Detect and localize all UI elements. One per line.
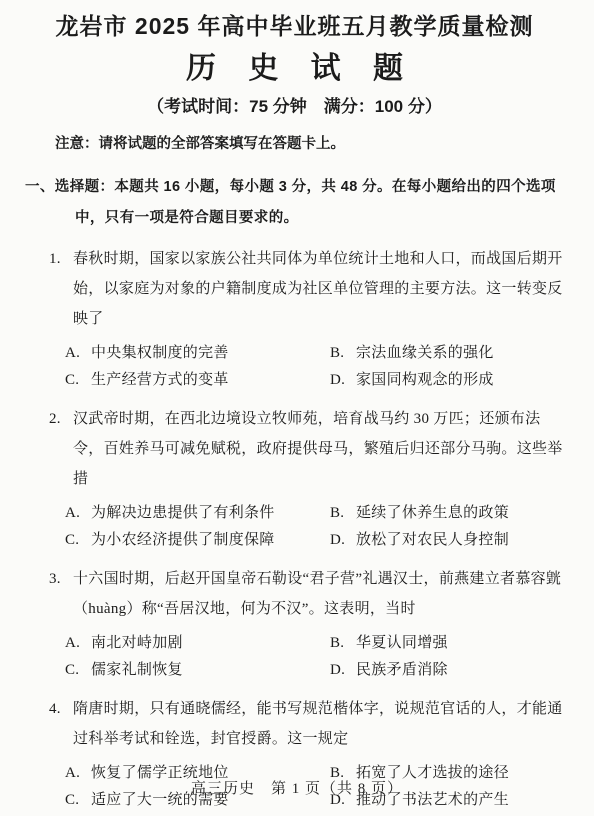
question-number: 2. [25,404,73,434]
option-label: B. [330,500,356,527]
question-stem-text: 隋唐时期，只有通晓儒经，能书写规范楷体字，说规范官话的人，才能通过科举考试和铨选… [73,701,563,747]
option-text: 中央集权制度的完善 [91,345,229,361]
question-stem-text: 十六国时期，后赵开国皇帝石勒设“君子营”礼遇汉士，前燕建立者慕容皝（huàng）… [73,571,561,617]
option-a: A.为解决边患提供了有利条件 [65,500,330,527]
option-label: B. [330,630,356,657]
option-b: B.华夏认同增强 [330,630,564,657]
option-text: 为小农经济提供了制度保障 [91,532,275,548]
question-3: 3.十六国时期，后赵开国皇帝石勒设“君子营”礼遇汉士，前燕建立者慕容皝（huàn… [25,564,564,684]
options-grid: A.南北对峙加剧 B.华夏认同增强 C.儒家礼制恢复 D.民族矛盾消除 [65,630,564,684]
option-label: B. [330,340,356,367]
question-stem-text: 汉武帝时期，在西北边境设立牧师苑，培育战马约 30 万匹；还颁布法令，百姓养马可… [73,411,563,487]
option-label: C. [65,367,91,394]
option-label: D. [330,657,356,684]
option-c: C.生产经营方式的变革 [65,367,330,394]
options-grid: A.为解决边患提供了有利条件 B.延续了休养生息的政策 C.为小农经济提供了制度… [65,500,564,554]
page-title: 龙岩市 2025 年高中毕业班五月教学质量检测 [25,10,564,42]
option-text: 延续了休养生息的政策 [356,505,509,521]
exam-paper-page: 龙岩市 2025 年高中毕业班五月教学质量检测 历 史 试 题 （考试时间：75… [0,0,594,816]
option-a: A.南北对峙加剧 [65,630,330,657]
question-stem: 2.汉武帝时期，在西北边境设立牧师苑，培育战马约 30 万匹；还颁布法令，百姓养… [25,404,564,494]
option-text: 为解决边患提供了有利条件 [91,505,275,521]
option-label: A. [65,630,91,657]
question-stem-text: 春秋时期，国家以家族公社共同体为单位统计土地和人口，而战国后期开始，以家庭为对象… [73,251,563,327]
options-grid: A.中央集权制度的完善 B.宗法血缘关系的强化 C.生产经营方式的变革 D.家国… [65,340,564,394]
question-stem: 3.十六国时期，后赵开国皇帝石勒设“君子营”礼遇汉士，前燕建立者慕容皝（huàn… [25,564,564,624]
question-2: 2.汉武帝时期，在西北边境设立牧师苑，培育战马约 30 万匹；还颁布法令，百姓养… [25,404,564,554]
option-label: C. [65,527,91,554]
option-a: A.中央集权制度的完善 [65,340,330,367]
question-number: 3. [25,564,73,594]
option-c: C.儒家礼制恢复 [65,657,330,684]
option-d: D.家国同构观念的形成 [330,367,564,394]
question-number: 1. [25,244,73,274]
option-text: 华夏认同增强 [356,635,448,651]
option-text: 生产经营方式的变革 [91,372,229,388]
option-d: D.放松了对农民人身控制 [330,527,564,554]
option-text: 儒家礼制恢复 [91,662,183,678]
option-label: A. [65,340,91,367]
option-b: B.延续了休养生息的政策 [330,500,564,527]
page-footer: 高三历史 第 1 页（共 8 页） [0,777,594,798]
exam-info-line: （考试时间：75 分钟 满分：100 分） [25,94,564,120]
question-stem: 4.隋唐时期，只有通晓儒经，能书写规范楷体字，说规范官话的人，才能通过科举考试和… [25,694,564,754]
option-text: 宗法血缘关系的强化 [356,345,494,361]
notice-text: 注意：请将试题的全部答案填写在答题卡上。 [25,134,564,154]
question-1: 1.春秋时期，国家以家族公社共同体为单位统计土地和人口，而战国后期开始，以家庭为… [25,244,564,394]
exam-subject-title: 历 史 试 题 [25,48,564,90]
option-c: C.为小农经济提供了制度保障 [65,527,330,554]
option-text: 民族矛盾消除 [356,662,448,678]
option-d: D.民族矛盾消除 [330,657,564,684]
section-heading: 一、选择题：本题共 16 小题，每小题 3 分，共 48 分。在每小题给出的四个… [25,172,564,234]
option-text: 放松了对农民人身控制 [356,532,509,548]
question-stem: 1.春秋时期，国家以家族公社共同体为单位统计土地和人口，而战国后期开始，以家庭为… [25,244,564,334]
option-text: 家国同构观念的形成 [356,372,494,388]
option-b: B.宗法血缘关系的强化 [330,340,564,367]
option-label: C. [65,657,91,684]
question-number: 4. [25,694,73,724]
option-text: 南北对峙加剧 [91,635,183,651]
option-label: D. [330,367,356,394]
option-label: A. [65,500,91,527]
option-label: D. [330,527,356,554]
